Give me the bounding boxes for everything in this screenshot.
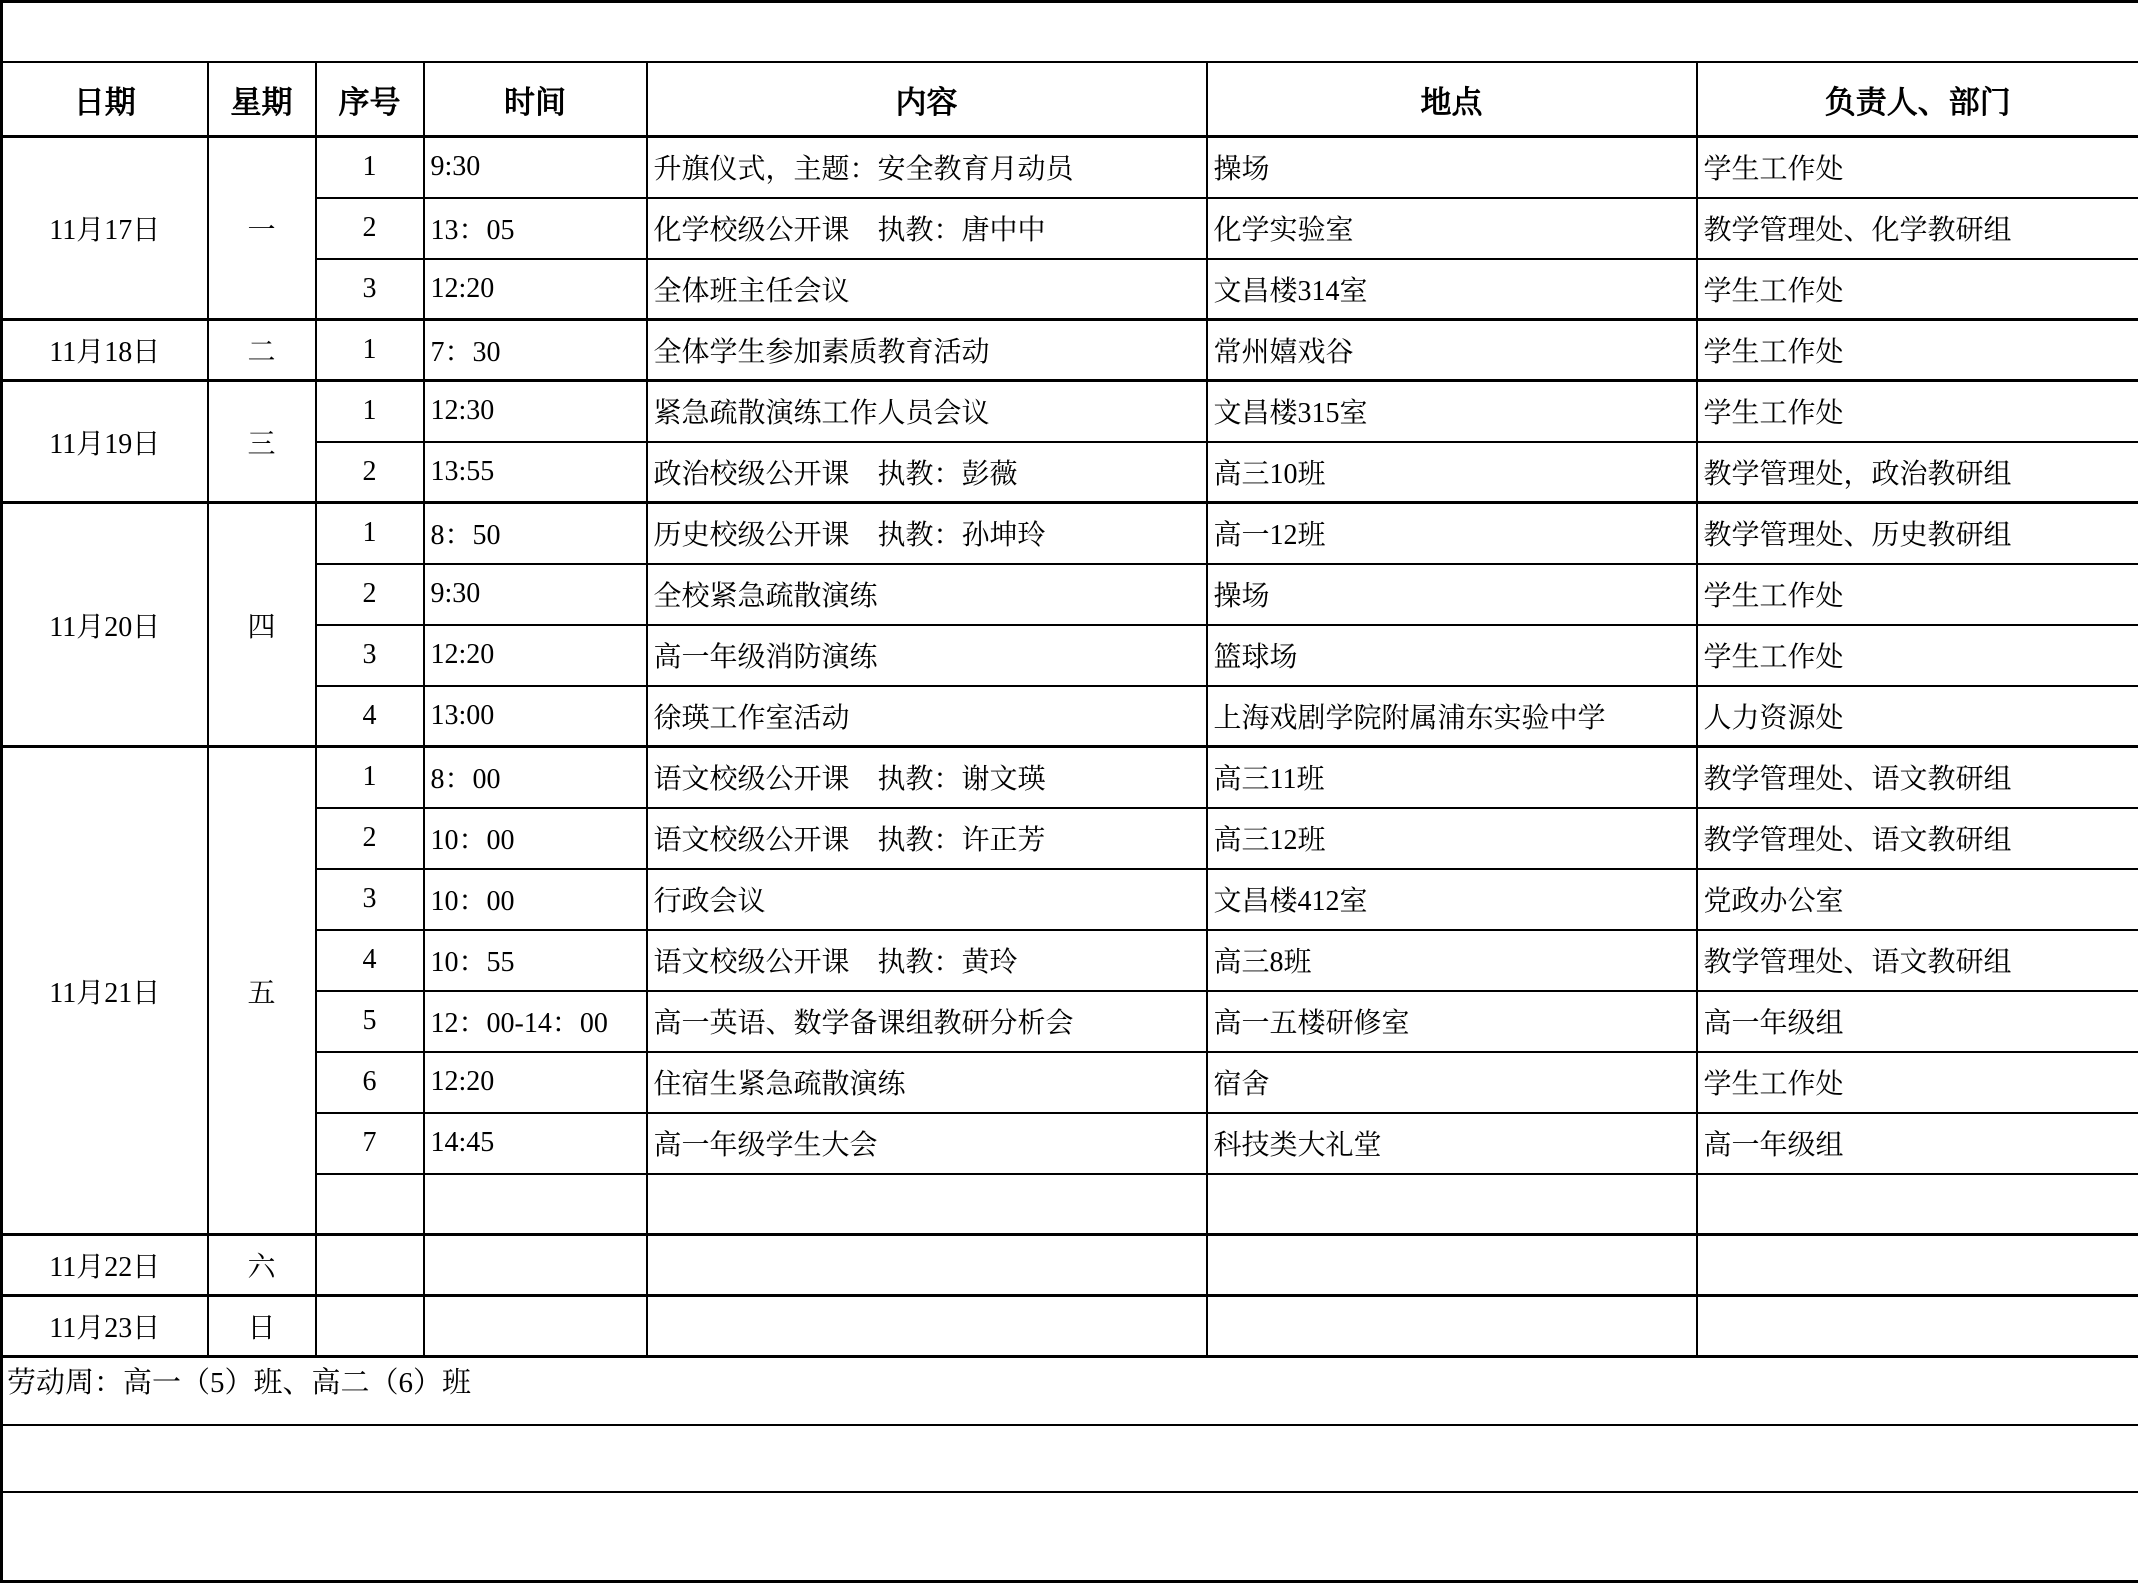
owner-cell [1697,1174,2138,1235]
location-cell [1207,1296,1697,1357]
owner-cell: 学生工作处 [1697,320,2138,381]
location-cell: 操场 [1207,564,1697,625]
weekday-cell: 四 [208,503,316,747]
location-cell: 篮球场 [1207,625,1697,686]
seq-cell: 1 [316,320,424,381]
seq-cell: 1 [316,137,424,198]
seq-cell: 1 [316,381,424,442]
location-cell: 上海戏剧学院附属浦东实验中学 [1207,686,1697,747]
date-cell: 11月20日 [2,503,208,747]
content-cell: 住宿生紧急疏散演练 [647,1052,1207,1113]
weekday-cell: 二 [208,320,316,381]
schedule-row: 312:20高一年级消防演练篮球场学生工作处 [2,625,2138,686]
date-cell: 11月18日 [2,320,208,381]
seq-cell: 3 [316,259,424,320]
seq-cell: 3 [316,625,424,686]
col-header-owner: 负责人、部门 [1697,62,2138,137]
time-cell [424,1235,647,1296]
location-cell: 化学实验室 [1207,198,1697,259]
time-cell: 12:20 [424,625,647,686]
owner-cell: 党政办公室 [1697,869,2138,930]
time-cell: 12：00-14：00 [424,991,647,1052]
seq-cell: 6 [316,1052,424,1113]
time-cell: 10：00 [424,869,647,930]
content-cell: 高一英语、数学备课组教研分析会 [647,991,1207,1052]
labor-week-note: 劳动周：高一（5）班、高二（6）班 [2,1357,2138,1426]
col-header-seq: 序号 [316,62,424,137]
time-cell: 10：55 [424,930,647,991]
time-cell [424,1174,647,1235]
labor-week-row: 劳动周：高一（5）班、高二（6）班 [2,1357,2138,1426]
schedule-row: 11月19日三112:30紧急疏散演练工作人员会议文昌楼315室学生工作处 [2,381,2138,442]
owner-cell: 教学管理处、语文教研组 [1697,808,2138,869]
schedule-row: 11月23日日 [2,1296,2138,1357]
location-cell: 高三10班 [1207,442,1697,503]
owner-cell: 学生工作处 [1697,137,2138,198]
seq-cell: 4 [316,930,424,991]
seq-cell [316,1235,424,1296]
weekday-cell: 五 [208,747,316,1235]
content-cell: 全体学生参加素质教育活动 [647,320,1207,381]
schedule-row: 714:45高一年级学生大会科技类大礼堂高一年级组 [2,1113,2138,1174]
seq-cell: 4 [316,686,424,747]
location-cell: 科技类大礼堂 [1207,1113,1697,1174]
weekday-cell: 日 [208,1296,316,1357]
seq-cell: 2 [316,442,424,503]
seq-cell: 1 [316,747,424,808]
owner-cell: 人力资源处 [1697,686,2138,747]
time-cell: 13:00 [424,686,647,747]
owner-cell: 学生工作处 [1697,625,2138,686]
table-head-section: 日期 星期 序号 时间 内容 地点 负责人、部门 [2,2,2138,137]
time-cell: 7：30 [424,320,647,381]
date-cell: 11月23日 [2,1296,208,1357]
schedule-row: 310：00行政会议文昌楼412室党政办公室 [2,869,2138,930]
owner-cell: 高一年级组 [1697,991,2138,1052]
location-cell: 文昌楼412室 [1207,869,1697,930]
owner-cell [1697,1296,2138,1357]
content-cell: 行政会议 [647,869,1207,930]
time-cell: 12:20 [424,259,647,320]
content-cell: 全校紧急疏散演练 [647,564,1207,625]
schedule-row: 11月17日一19:30升旗仪式，主题：安全教育月动员操场学生工作处 [2,137,2138,198]
time-cell: 8：00 [424,747,647,808]
time-cell: 12:20 [424,1052,647,1113]
content-cell [647,1235,1207,1296]
location-cell [1207,1235,1697,1296]
schedule-row: 213：05化学校级公开课 执教：唐中中化学实验室教学管理处、化学教研组 [2,198,2138,259]
content-cell: 全体班主任会议 [647,259,1207,320]
weekday-cell: 三 [208,381,316,503]
content-cell: 紧急疏散演练工作人员会议 [647,381,1207,442]
owner-cell: 学生工作处 [1697,259,2138,320]
owner-cell: 教学管理处，政治教研组 [1697,442,2138,503]
content-cell [647,1296,1207,1357]
schedule-row: 210：00语文校级公开课 执教：许正芳高三12班教学管理处、语文教研组 [2,808,2138,869]
content-cell: 化学校级公开课 执教：唐中中 [647,198,1207,259]
schedule-row: 512：00-14：00高一英语、数学备课组教研分析会高一五楼研修室高一年级组 [2,991,2138,1052]
col-header-weekday: 星期 [208,62,316,137]
location-cell [1207,1174,1697,1235]
schedule-row: 612:20住宿生紧急疏散演练宿舍学生工作处 [2,1052,2138,1113]
content-cell [647,1174,1207,1235]
table-foot-section: 劳动周：高一（5）班、高二（6）班 [2,1357,2138,1582]
seq-cell: 7 [316,1113,424,1174]
bottom-blank-cell [2,1492,2138,1582]
time-cell: 10：00 [424,808,647,869]
owner-cell: 学生工作处 [1697,1052,2138,1113]
time-cell: 9:30 [424,137,647,198]
bottom-blank-cell [2,1425,2138,1492]
schedule-row: 213:55政治校级公开课 执教：彭薇高三10班教学管理处，政治教研组 [2,442,2138,503]
location-cell: 文昌楼314室 [1207,259,1697,320]
content-cell: 升旗仪式，主题：安全教育月动员 [647,137,1207,198]
content-cell: 语文校级公开课 执教：黄玲 [647,930,1207,991]
time-cell: 13:55 [424,442,647,503]
owner-cell: 学生工作处 [1697,564,2138,625]
top-blank-row [2,2,2138,63]
seq-cell: 2 [316,564,424,625]
seq-cell [316,1296,424,1357]
schedule-row [2,1174,2138,1235]
owner-cell: 教学管理处、语文教研组 [1697,747,2138,808]
location-cell: 文昌楼315室 [1207,381,1697,442]
schedule-row: 11月22日六 [2,1235,2138,1296]
header-row: 日期 星期 序号 时间 内容 地点 负责人、部门 [2,62,2138,137]
seq-cell: 3 [316,869,424,930]
location-cell: 高一12班 [1207,503,1697,564]
location-cell: 高三12班 [1207,808,1697,869]
date-cell: 11月22日 [2,1235,208,1296]
content-cell: 语文校级公开课 执教：许正芳 [647,808,1207,869]
location-cell: 常州嬉戏谷 [1207,320,1697,381]
seq-cell: 1 [316,503,424,564]
bottom-blank-row [2,1492,2138,1582]
seq-cell: 2 [316,198,424,259]
time-cell [424,1296,647,1357]
time-cell: 12:30 [424,381,647,442]
date-cell: 11月19日 [2,381,208,503]
time-cell: 13：05 [424,198,647,259]
location-cell: 高一五楼研修室 [1207,991,1697,1052]
content-cell: 政治校级公开课 执教：彭薇 [647,442,1207,503]
schedule-row: 11月21日五18：00语文校级公开课 执教：谢文瑛高三11班教学管理处、语文教… [2,747,2138,808]
owner-cell [1697,1235,2138,1296]
weekly-schedule-table: 日期 星期 序号 时间 内容 地点 负责人、部门 11月17日一19:30升旗仪… [0,0,2138,1583]
location-cell: 宿舍 [1207,1052,1697,1113]
seq-cell: 2 [316,808,424,869]
content-cell: 历史校级公开课 执教：孙坤玲 [647,503,1207,564]
schedule-row: 413:00徐瑛工作室活动上海戏剧学院附属浦东实验中学人力资源处 [2,686,2138,747]
content-cell: 高一年级学生大会 [647,1113,1207,1174]
schedule-row: 410：55语文校级公开课 执教：黄玲高三8班教学管理处、语文教研组 [2,930,2138,991]
schedule-row: 11月20日四18：50历史校级公开课 执教：孙坤玲高一12班教学管理处、历史教… [2,503,2138,564]
time-cell: 9:30 [424,564,647,625]
seq-cell: 5 [316,991,424,1052]
owner-cell: 教学管理处、历史教研组 [1697,503,2138,564]
schedule-row: 29:30全校紧急疏散演练操场学生工作处 [2,564,2138,625]
col-header-location: 地点 [1207,62,1697,137]
weekday-cell: 一 [208,137,316,320]
owner-cell: 学生工作处 [1697,381,2138,442]
date-cell: 11月17日 [2,137,208,320]
owner-cell: 教学管理处、语文教研组 [1697,930,2138,991]
owner-cell: 高一年级组 [1697,1113,2138,1174]
schedule-row: 312:20全体班主任会议文昌楼314室学生工作处 [2,259,2138,320]
bottom-blank-row [2,1425,2138,1492]
location-cell: 操场 [1207,137,1697,198]
content-cell: 高一年级消防演练 [647,625,1207,686]
weekday-cell: 六 [208,1235,316,1296]
content-cell: 徐瑛工作室活动 [647,686,1207,747]
schedule-rows-section: 11月17日一19:30升旗仪式，主题：安全教育月动员操场学生工作处213：05… [2,137,2138,1357]
col-header-date: 日期 [2,62,208,137]
content-cell: 语文校级公开课 执教：谢文瑛 [647,747,1207,808]
top-blank-cell [2,2,2138,63]
seq-cell [316,1174,424,1235]
owner-cell: 教学管理处、化学教研组 [1697,198,2138,259]
schedule-row: 11月18日二17：30全体学生参加素质教育活动常州嬉戏谷学生工作处 [2,320,2138,381]
location-cell: 高三11班 [1207,747,1697,808]
date-cell: 11月21日 [2,747,208,1235]
col-header-time: 时间 [424,62,647,137]
location-cell: 高三8班 [1207,930,1697,991]
col-header-content: 内容 [647,62,1207,137]
time-cell: 14:45 [424,1113,647,1174]
time-cell: 8：50 [424,503,647,564]
